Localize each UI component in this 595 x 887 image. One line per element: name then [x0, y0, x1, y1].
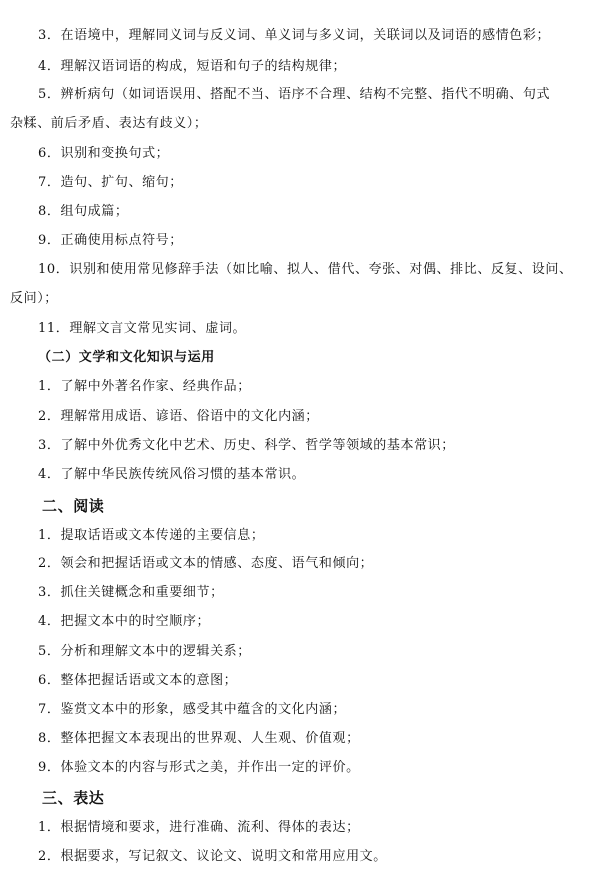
- list-item: 4．把握文本中的时空顺序；: [38, 613, 210, 631]
- list-item: 5．分析和理解文本中的逻辑关系；: [38, 643, 251, 661]
- list-item: 3．了解中外优秀文化中艺术、历史、科学、哲学等领域的基本常识；: [38, 437, 455, 455]
- list-item: 1．了解中外著名作家、经典作品；: [38, 378, 251, 396]
- list-item: 6．识别和变换句式；: [38, 145, 169, 163]
- list-item: 8．组句成篇；: [38, 203, 128, 221]
- list-item: 4．了解中华民族传统风俗习惯的基本常识。: [38, 466, 305, 484]
- list-item: 9．正确使用标点符号；: [38, 232, 183, 250]
- list-item-continuation: 反问）；: [10, 290, 58, 308]
- section-heading: 二、阅读: [42, 496, 104, 516]
- list-item: 3．在语境中，理解同义词与反义词、单义词与多义词，关联词以及词语的感情色彩；: [38, 27, 550, 45]
- list-item: 1．提取话语或文本传递的主要信息；: [38, 527, 264, 545]
- list-item: 8．整体把握文本表现出的世界观、人生观、价值观；: [38, 730, 360, 748]
- list-item: 2．根据要求，写记叙文、议论文、说明文和常用应用文。: [38, 848, 387, 866]
- list-item: 10．识别和使用常见修辞手法（如比喻、拟人、借代、夸张、对偶、排比、反复、设问、: [38, 261, 573, 279]
- list-item: 1．根据情境和要求，进行准确、流利、得体的表达；: [38, 819, 360, 837]
- list-item: 6．整体把握话语或文本的意图；: [38, 672, 237, 690]
- list-item: 7．鉴赏文本中的形象，感受其中蕴含的文化内涵；: [38, 701, 346, 719]
- list-item: 9．体验文本的内容与形式之美，并作出一定的评价。: [38, 759, 360, 777]
- subsection-heading: （二）文学和文化知识与运用: [38, 349, 215, 367]
- list-item: 4．理解汉语词语的构成，短语和句子的结构规律；: [38, 58, 346, 76]
- list-item: 7．造句、扩句、缩句；: [38, 174, 183, 192]
- list-item: 5．辨析病句（如词语误用、搭配不当、语序不合理、结构不完整、指代不明确、句式: [38, 86, 550, 104]
- list-item: 2．理解常用成语、谚语、俗语中的文化内涵；: [38, 408, 319, 426]
- list-item: 3．抓住关键概念和重要细节；: [38, 584, 224, 602]
- list-item-continuation: 杂糅、前后矛盾、表达有歧义）；: [10, 115, 208, 133]
- section-heading: 三、表达: [42, 788, 104, 808]
- list-item: 11．理解文言文常见实词、虚词。: [38, 320, 246, 338]
- list-item: 2．领会和把握话语或文本的情感、态度、语气和倾向；: [38, 555, 373, 573]
